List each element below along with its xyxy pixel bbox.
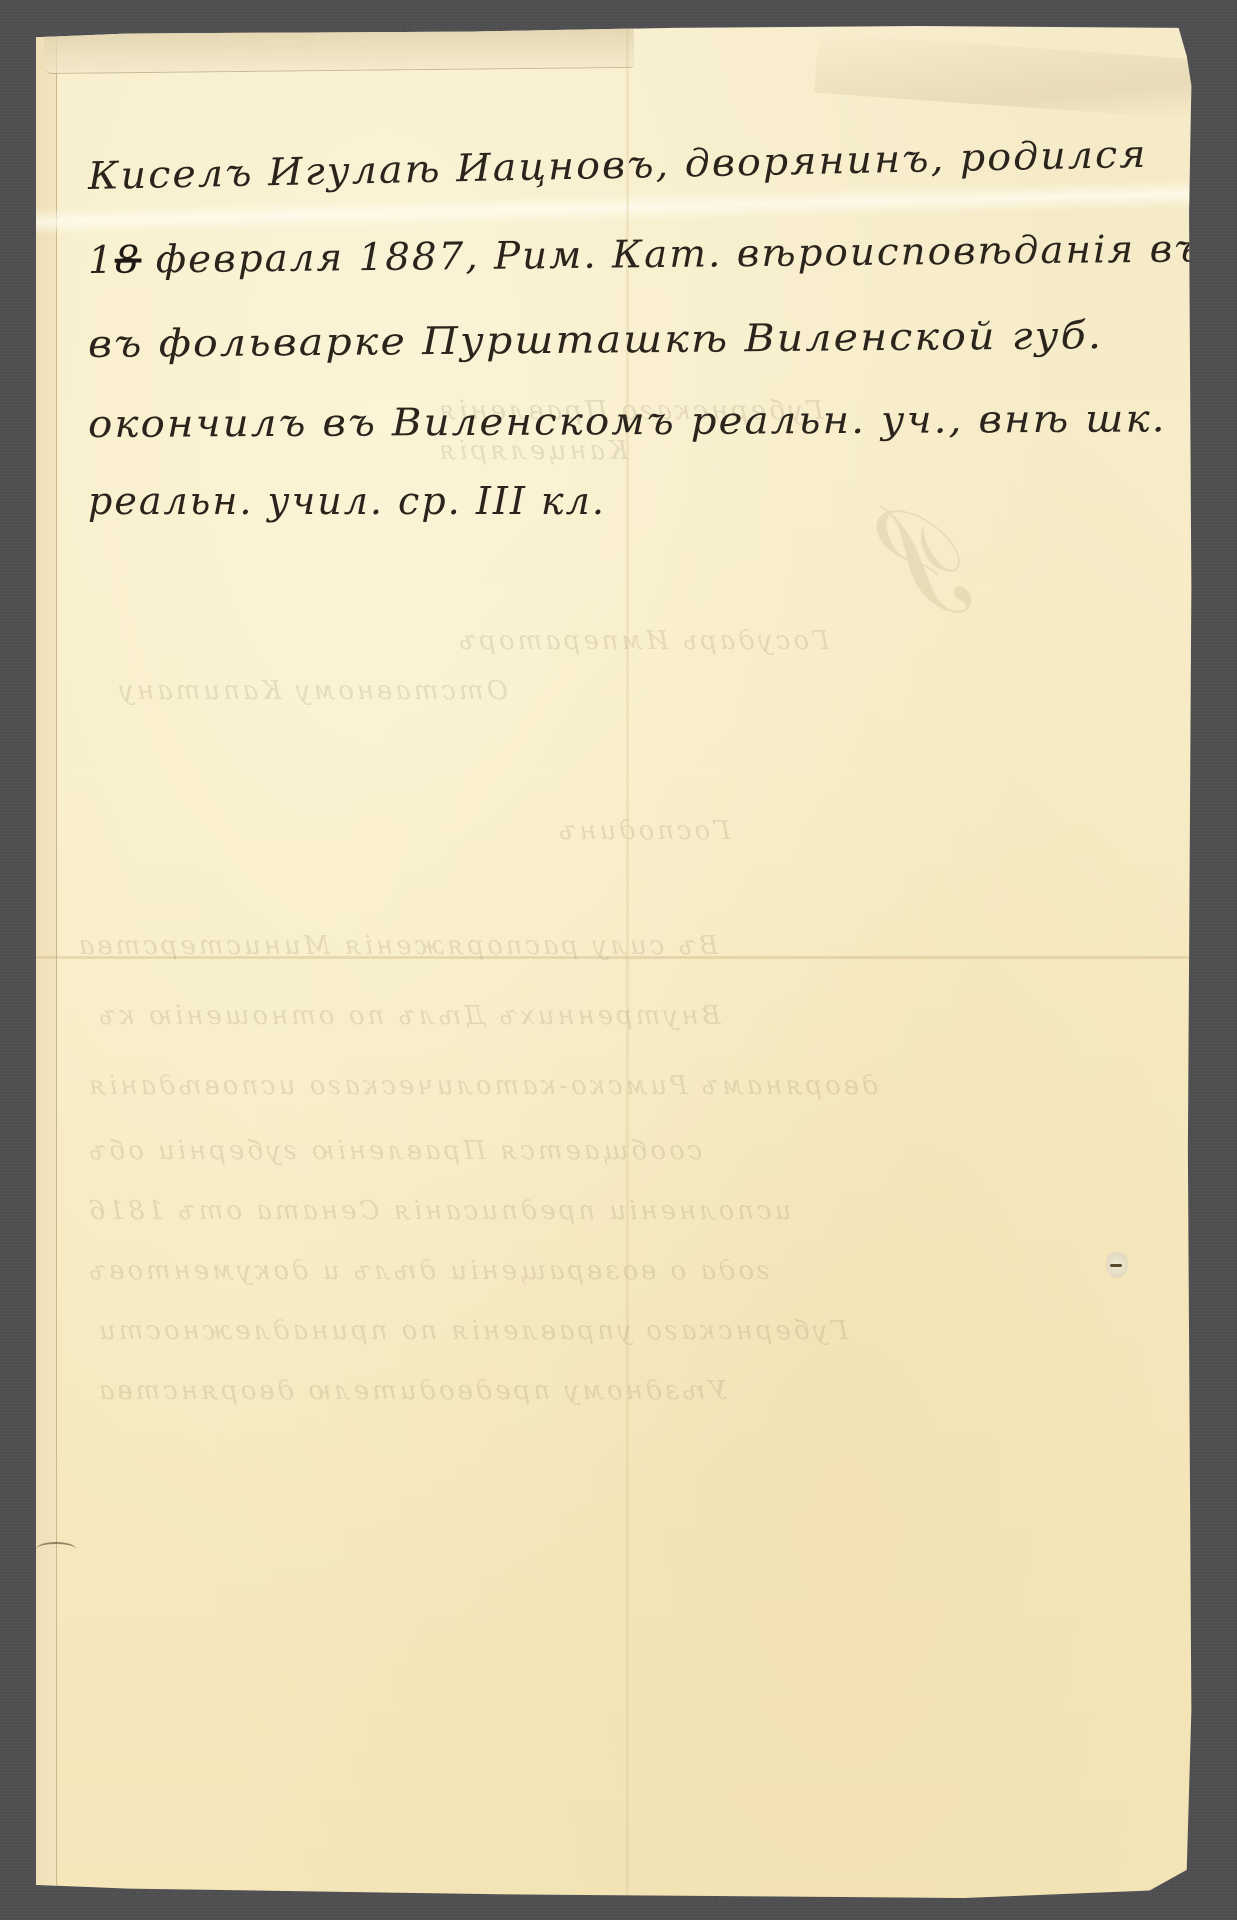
- bleed-through-line: Господинъ: [556, 816, 731, 846]
- bleed-through-line: Отставному Капитану: [116, 676, 508, 706]
- struck-out-digit: 8: [114, 237, 141, 281]
- handwriting-line-5: реальн. учил. ср. III кл.: [88, 479, 606, 523]
- bleed-through-line: Уѣздному предводителю дворянства: [96, 1376, 727, 1406]
- bleed-through-line: Въ силу распоряженія Министерства: [76, 931, 718, 961]
- folded-left-margin: [36, 36, 57, 1908]
- handwriting-line-4: окончилъ въ Виленскомъ реальн. уч., внѣ …: [88, 396, 1167, 446]
- day-prefix: 1: [88, 238, 115, 282]
- folded-top-edge-right: [814, 33, 1197, 119]
- handwriting-line-2: 18 февраля 1887, Рим. Кат. вѣроисповѣдан…: [88, 226, 1203, 282]
- bleed-through-line: сообщается Правленію губерніи объ: [86, 1136, 702, 1166]
- bleed-through-line: Государь Императоръ: [456, 626, 829, 656]
- bleed-through-line: Губернскаго управленія по принадлежности: [96, 1316, 848, 1346]
- bleed-through-line: года о возвращеніи дѣлъ и документовъ: [86, 1256, 770, 1286]
- torn-top-edge-left: [44, 27, 634, 74]
- bleed-through-line: исполненіи предписанія Сената отъ 1816: [86, 1196, 791, 1226]
- handwriting-line-3: въ фольварке Пуршташкѣ Виленской губ.: [88, 313, 1103, 366]
- fold-crease-vertical: [626, 26, 629, 1898]
- paper-sheet: Губернскаго Правленія Канцелярія Государ…: [36, 26, 1196, 1898]
- paper-blemish: [1106, 1252, 1128, 1278]
- bleed-through-line: Внутреннихъ Дѣлъ по отношенію къ: [96, 1001, 721, 1031]
- edge-tear: [36, 1542, 76, 1556]
- bleed-through-line: дворянамъ Римско-католическаго исповѣдан…: [86, 1071, 878, 1101]
- bleed-through-signature: 𝒫: [879, 487, 999, 645]
